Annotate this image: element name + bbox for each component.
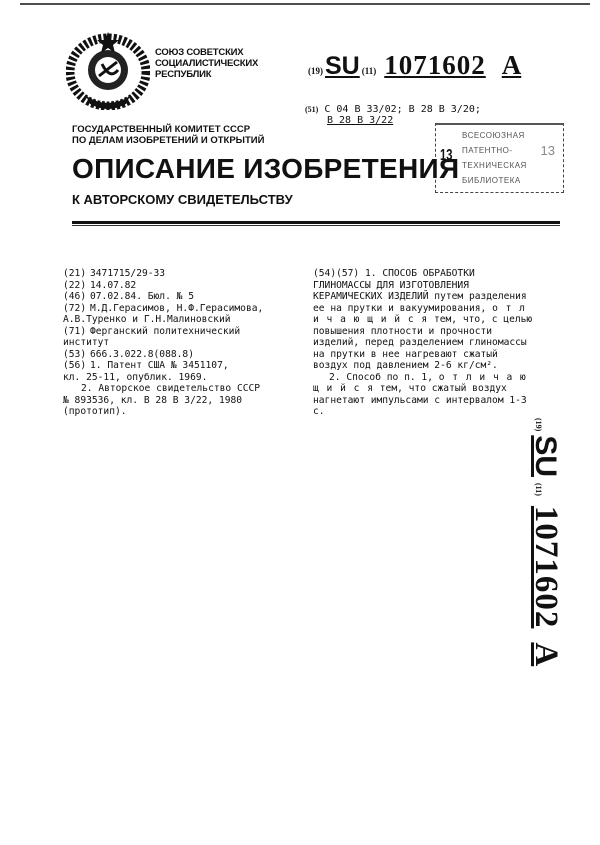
patent-number: 1071602 [384,50,486,81]
committee-line: ПО ДЕЛАМ ИЗОБРЕТЕНИЙ И ОТКРЫТИЙ [72,135,264,146]
document-subtitle: К АВТОРСКОМУ СВИДЕТЕЛЬСТВУ [72,192,293,207]
country-tag: (19) [534,418,543,431]
biblio-row: институт [63,337,295,349]
stamp-line: БИБЛИОТЕКА [462,173,527,188]
stamp-line: ПАТЕНТНО- [462,143,527,158]
patent-number: 1071602 [527,506,564,629]
biblio-text: М.Д.Герасимов, Н.Ф.Герасимова, [90,303,263,315]
ipc-tag: (51) [305,105,318,114]
document-title: ОПИСАНИЕ ИЗОБРЕТЕНИЯ [72,153,459,185]
biblio-row: 2. Авторское свидетельство СССР [63,383,295,395]
header-divider-thin [72,225,560,226]
biblio-row: (56)1. Патент США № 3451107, [63,360,295,372]
biblio-row: (21)3471715/29-33 [63,268,295,280]
kind-code: A [502,50,522,81]
country-line: СОЮЗ СОВЕТСКИХ [155,47,258,58]
country-code: SU [325,52,360,81]
claim-2: 2. Способ по п. 1, о т л и ч а ю щ и й с… [313,372,538,418]
inid-code: (53) [63,349,90,361]
country-tag: (19) [308,66,323,76]
committee-name: ГОСУДАРСТВЕННЫЙ КОМИТЕТ СССР ПО ДЕЛАМ ИЗ… [72,124,264,146]
claim-tags: (54)(57) [313,268,359,279]
biblio-row: кл. 25-11, опублик. 1969. [63,372,295,384]
biblio-text: 666.3.022.8(088.8) [90,349,194,361]
inid-code: (56) [63,360,90,372]
biblio-text: 3471715/29-33 [90,268,165,280]
biblio-text: институт [63,337,109,349]
biblio-text: Ферганский политехнический [90,326,240,338]
biblio-text: 07.02.84. Бюл. № 5 [90,291,194,303]
country-code: SU [528,435,562,477]
biblio-text: 1. Патент США № 3451107, [90,360,229,372]
top-scan-edge [20,3,590,5]
ussr-emblem-icon [66,30,150,110]
stamp-line: ТЕХНИЧЕСКАЯ [462,158,527,173]
biblio-text: А.В.Туренко и Г.Н.Малиновский [63,314,231,326]
biblio-text: (прототип). [63,406,127,418]
biblio-row: А.В.Туренко и Г.Н.Малиновский [63,314,295,326]
header-divider [72,221,560,224]
inid-code: (46) [63,291,90,303]
biblio-text: 2. Авторское свидетельство СССР [63,383,260,395]
biblio-row: (22)14.07.82 [63,280,295,292]
biblio-row: (53)666.3.022.8(088.8) [63,349,295,361]
bibliographic-data: (21)3471715/29-33(22)14.07.82(46)07.02.8… [63,268,295,418]
stamp-side-mark: 13 [541,143,555,158]
inid-code: (72) [63,303,90,315]
biblio-text: № 893536, кл. В 28 В 3/22, 1980 [63,395,242,407]
country-name: СОЮЗ СОВЕТСКИХ СОЦИАЛИСТИЧЕСКИХ РЕСПУБЛИ… [155,47,258,80]
committee-line: ГОСУДАРСТВЕННЫЙ КОМИТЕТ СССР [72,124,264,135]
inid-code: (71) [63,326,90,338]
biblio-row: (71)Ферганский политехнический [63,326,295,338]
inid-code: (22) [63,280,90,292]
claim-lead: 2. Способ по п. 1, [329,372,433,383]
publication-number: (19) SU (11) 1071602 A [308,50,521,81]
biblio-row: (прототип). [63,406,295,418]
side-publication-number: (19) SU (11) 1071602 A [528,418,568,678]
country-line: СОЦИАЛИСТИЧЕСКИХ [155,58,258,69]
biblio-text: кл. 25-11, опублик. 1969. [63,372,207,384]
biblio-row: № 893536, кл. В 28 В 3/22, 1980 [63,395,295,407]
number-tag: (11) [362,66,377,76]
country-line: РЕСПУБЛИК [155,69,258,80]
biblio-text: 14.07.82 [90,280,136,292]
ipc-line: С 04 В 33/02; В 28 В 3/20; [324,104,481,115]
kind-code: A [527,642,564,666]
biblio-row: (46)07.02.84. Бюл. № 5 [63,291,295,303]
stamp-line: ВСЕСОЮЗНАЯ [462,128,527,143]
claim-1: (54)(57) 1. СПОСОБ ОБРАБОТКИ ГЛИНОМАССЫ … [313,268,538,372]
claims: (54)(57) 1. СПОСОБ ОБРАБОТКИ ГЛИНОМАССЫ … [313,268,538,418]
number-tag: (11) [534,483,543,496]
inid-code: (21) [63,268,90,280]
biblio-row: (72)М.Д.Герасимов, Н.Ф.Герасимова, [63,303,295,315]
